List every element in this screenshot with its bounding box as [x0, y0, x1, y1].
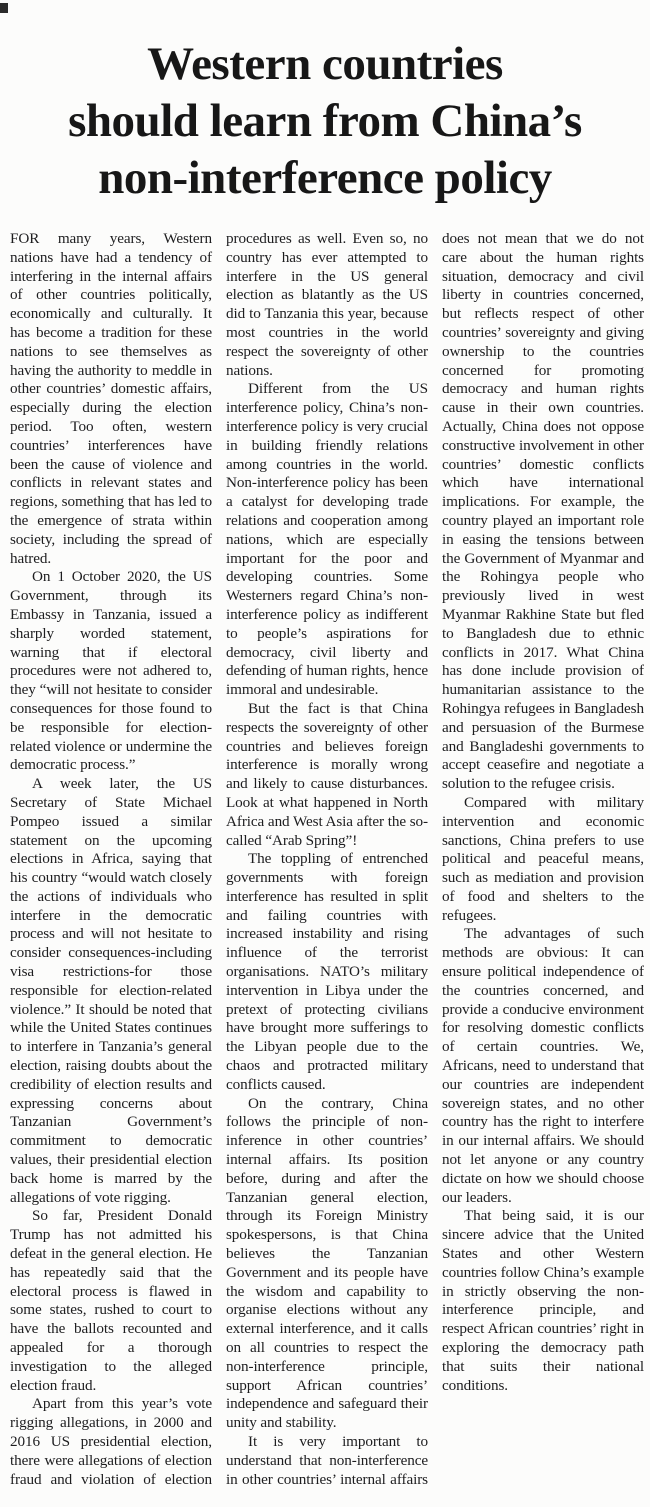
article-paragraph: On 1 October 2020, the US Government, th… [10, 568, 212, 775]
article-headline: Western countries should learn from Chin… [6, 36, 644, 207]
scan-artifact [0, 3, 8, 13]
article-paragraph: FOR many years, Western nations have had… [10, 230, 212, 568]
article-paragraph: On the contrary, China follows the princ… [226, 1095, 428, 1433]
article-paragraph: But the fact is that China respects the … [226, 700, 428, 850]
article-paragraph: Compared with military intervention and … [442, 794, 644, 926]
article-paragraph: The advantages of such methods are obvio… [442, 925, 644, 1207]
article-paragraph: The toppling of entrenched governments w… [226, 850, 428, 1094]
article-paragraph: That being said, it is our sincere advic… [442, 1207, 644, 1395]
article-paragraph: So far, President Donald Trump has not a… [10, 1207, 212, 1395]
article-body: FOR many years, Western nations have had… [10, 230, 644, 1498]
article-paragraph: A week later, the US Secretary of State … [10, 775, 212, 1207]
article-paragraph: Different from the US interference polic… [226, 380, 428, 700]
